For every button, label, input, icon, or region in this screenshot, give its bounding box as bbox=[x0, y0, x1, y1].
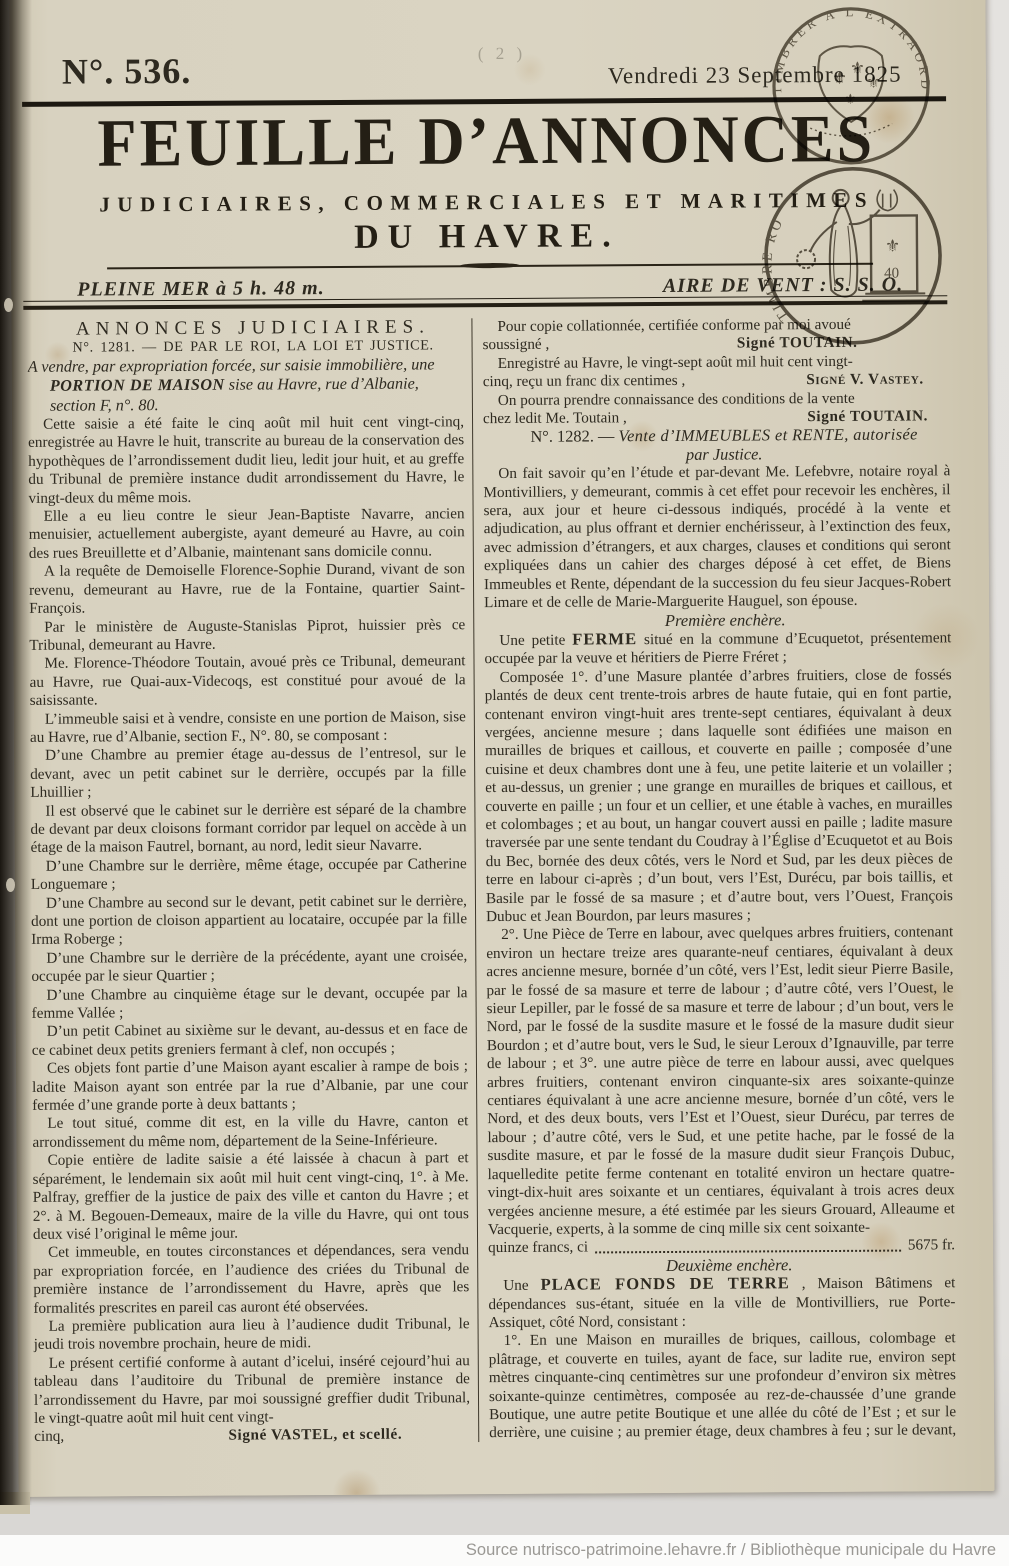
signature-row: cinq, reçu un franc dix centimes , Signé… bbox=[483, 370, 950, 391]
extraordinary-stamp: TIMBRER A L’EXTRAORD ⚜ ⚜ ⚜ ⚜ bbox=[757, 0, 944, 176]
signature-row: cinq, Signé VASTEL, et scellé. bbox=[34, 1426, 470, 1445]
paragraph: Elle a eu lieu contre le sieur Jean-Bapt… bbox=[29, 505, 465, 563]
paragraph: Cet immeuble, en toutes circonstances et… bbox=[33, 1242, 469, 1318]
line-fragment: soussigné , bbox=[483, 336, 550, 355]
signature-toutain: Signé TOUTAIN. bbox=[807, 407, 928, 426]
line-fragment: Une bbox=[503, 1277, 540, 1294]
signature-vastey: Signé V. Vastey. bbox=[806, 371, 924, 390]
paragraph: Cette saisie a été faite le cinq août mi… bbox=[28, 413, 465, 508]
place-paragraph: Une PLACE FONDS DE TERRE , Maison Bâtime… bbox=[488, 1273, 955, 1332]
newspaper-page: N°. 536. ( 2 ) Vendredi 23 Septembre 182… bbox=[9, 0, 994, 1497]
tide-info: PLEINE MER à 5 h. 48 m. bbox=[77, 277, 325, 302]
ferme-paragraph: Une petite FERME situé en la commune d’E… bbox=[484, 628, 951, 669]
paragraph: 2°. Une Pièce de Terre en labour, avec q… bbox=[486, 924, 955, 1240]
line-fragment: chez ledit Me. Toutain , bbox=[483, 409, 627, 428]
leader-text: quinze francs, ci bbox=[488, 1239, 588, 1258]
source-credit: Source nutrisco-patrimoine.lehavre.fr / … bbox=[466, 1541, 996, 1560]
paragraph: A la requête de Demoiselle Florence-Soph… bbox=[29, 561, 465, 619]
fleur-de-lis-icon: ⚜ bbox=[885, 237, 900, 256]
left-column: ANNONCES JUDICIAIRES. N°. 1281. — DE PAR… bbox=[27, 318, 478, 1445]
certify-paragraph: Le présent certifié conforme à autant d’… bbox=[34, 1352, 470, 1428]
paragraph: La première publication aura lieu à l’au… bbox=[34, 1315, 470, 1354]
paragraph: D’une Chambre sur le derrière, même étag… bbox=[31, 855, 467, 894]
footer-credit-bar: Source nutrisco-patrimoine.lehavre.fr / … bbox=[0, 1535, 1009, 1566]
intro-line: A vendre, par expropriation forcée, sur … bbox=[28, 355, 464, 377]
signature-vastel: Signé VASTEL, et scellé. bbox=[228, 1426, 402, 1445]
property-emphasis: PORTION DE MAISON bbox=[50, 376, 225, 395]
fleur-de-lis-icon: ⚜ bbox=[866, 73, 881, 92]
intro-line-rest: sise au Havre, rue d’Albanie, bbox=[225, 375, 419, 394]
notice-number: N°. 1282. — bbox=[530, 427, 614, 447]
paragraph: Copie entière de ladite saisie a été lai… bbox=[32, 1149, 469, 1244]
paragraph: Me. Florence-Théodore Toutain, avoué prè… bbox=[29, 653, 465, 711]
stamp-value: 40 bbox=[884, 266, 899, 282]
right-column: Pour copie collationnée, certifiée confo… bbox=[471, 315, 956, 1442]
notice-title: Vente d’IMMEUBLES et RENTE, autorisée bbox=[618, 425, 917, 446]
paragraph: D’une Chambre sur le derrière de la préc… bbox=[31, 947, 467, 986]
dot-leader bbox=[595, 1249, 901, 1253]
paragraph: D’une Chambre au cinquième étage sur le … bbox=[31, 984, 467, 1023]
stamp-arc-text: TIMBRE ROYAL bbox=[752, 159, 792, 323]
stamp-arc-text: TIMBRER A L’EXTRAORD bbox=[769, 4, 934, 95]
line-fragment: cinq, bbox=[34, 1428, 64, 1445]
ferme-emphasis: FERME bbox=[572, 629, 637, 648]
place-emphasis: PLACE FONDS DE TERRE bbox=[540, 1273, 789, 1294]
fleur-de-lis-icon: ⚜ bbox=[832, 69, 847, 88]
paragraph: 1°. En une Maison en murailles de brique… bbox=[489, 1330, 957, 1443]
line-fragment: Une petite bbox=[499, 631, 572, 648]
page-marker-showthrough: ( 2 ) bbox=[478, 44, 526, 64]
notice-intro: A vendre, par expropriation forcée, sur … bbox=[28, 355, 464, 416]
fleur-de-lis-icon: ⚜ bbox=[850, 59, 865, 78]
paragraph: Ces objets font partie d’une Maison ayan… bbox=[32, 1057, 468, 1115]
page-under-edge bbox=[0, 1492, 30, 1514]
paragraph: Il est observé que le cabinet sur le der… bbox=[30, 800, 466, 858]
paragraph: L’immeuble saisi et à vendre, consiste e… bbox=[30, 708, 466, 747]
article-columns: ANNONCES JUDICIAIRES. N°. 1281. — DE PAR… bbox=[27, 315, 956, 1445]
paragraph: D’une Chambre au premier étage au-dessus… bbox=[30, 745, 466, 803]
intro-line: PORTION DE MAISON sise au Havre, rue d’A… bbox=[28, 374, 464, 396]
stitch-hole bbox=[4, 298, 13, 312]
paragraph: Le tout situé, comme dit est, en la vill… bbox=[32, 1113, 468, 1152]
intro-line: section F, n°. 80. bbox=[28, 394, 464, 416]
paragraph: D’une Chambre au second sur le devant, p… bbox=[31, 892, 467, 950]
paragraph: Composée 1°. d’une Masure plantée d’arbr… bbox=[485, 666, 954, 927]
price-amount: 5675 fr. bbox=[908, 1237, 955, 1256]
line-fragment: cinq, reçu un franc dix centimes , bbox=[483, 372, 686, 392]
notice-heading-1281: N°. 1281. — DE PAR LE ROI, LA LOI ET JUS… bbox=[28, 337, 464, 358]
issue-number: N°. 536. bbox=[62, 50, 192, 93]
stitch-hole bbox=[6, 878, 15, 892]
fleur-de-lis-icon: ⚜ bbox=[844, 93, 857, 108]
paragraph: D’un petit Cabinet au sixième sur le dev… bbox=[32, 1021, 468, 1060]
paragraph: Par le ministère de Auguste-Stanislas Pi… bbox=[29, 616, 465, 655]
svg-text:TIMBRER A L’EXTRAORD: TIMBRER A L’EXTRAORD bbox=[769, 4, 934, 95]
paragraph: On fait savoir qu’en l’étude et par-deva… bbox=[483, 463, 951, 613]
svg-text:TIMBRE ROYAL: TIMBRE ROYAL bbox=[752, 159, 792, 323]
royal-stamp: TIMBRE ROYAL ⚜ 40 bbox=[752, 159, 953, 356]
